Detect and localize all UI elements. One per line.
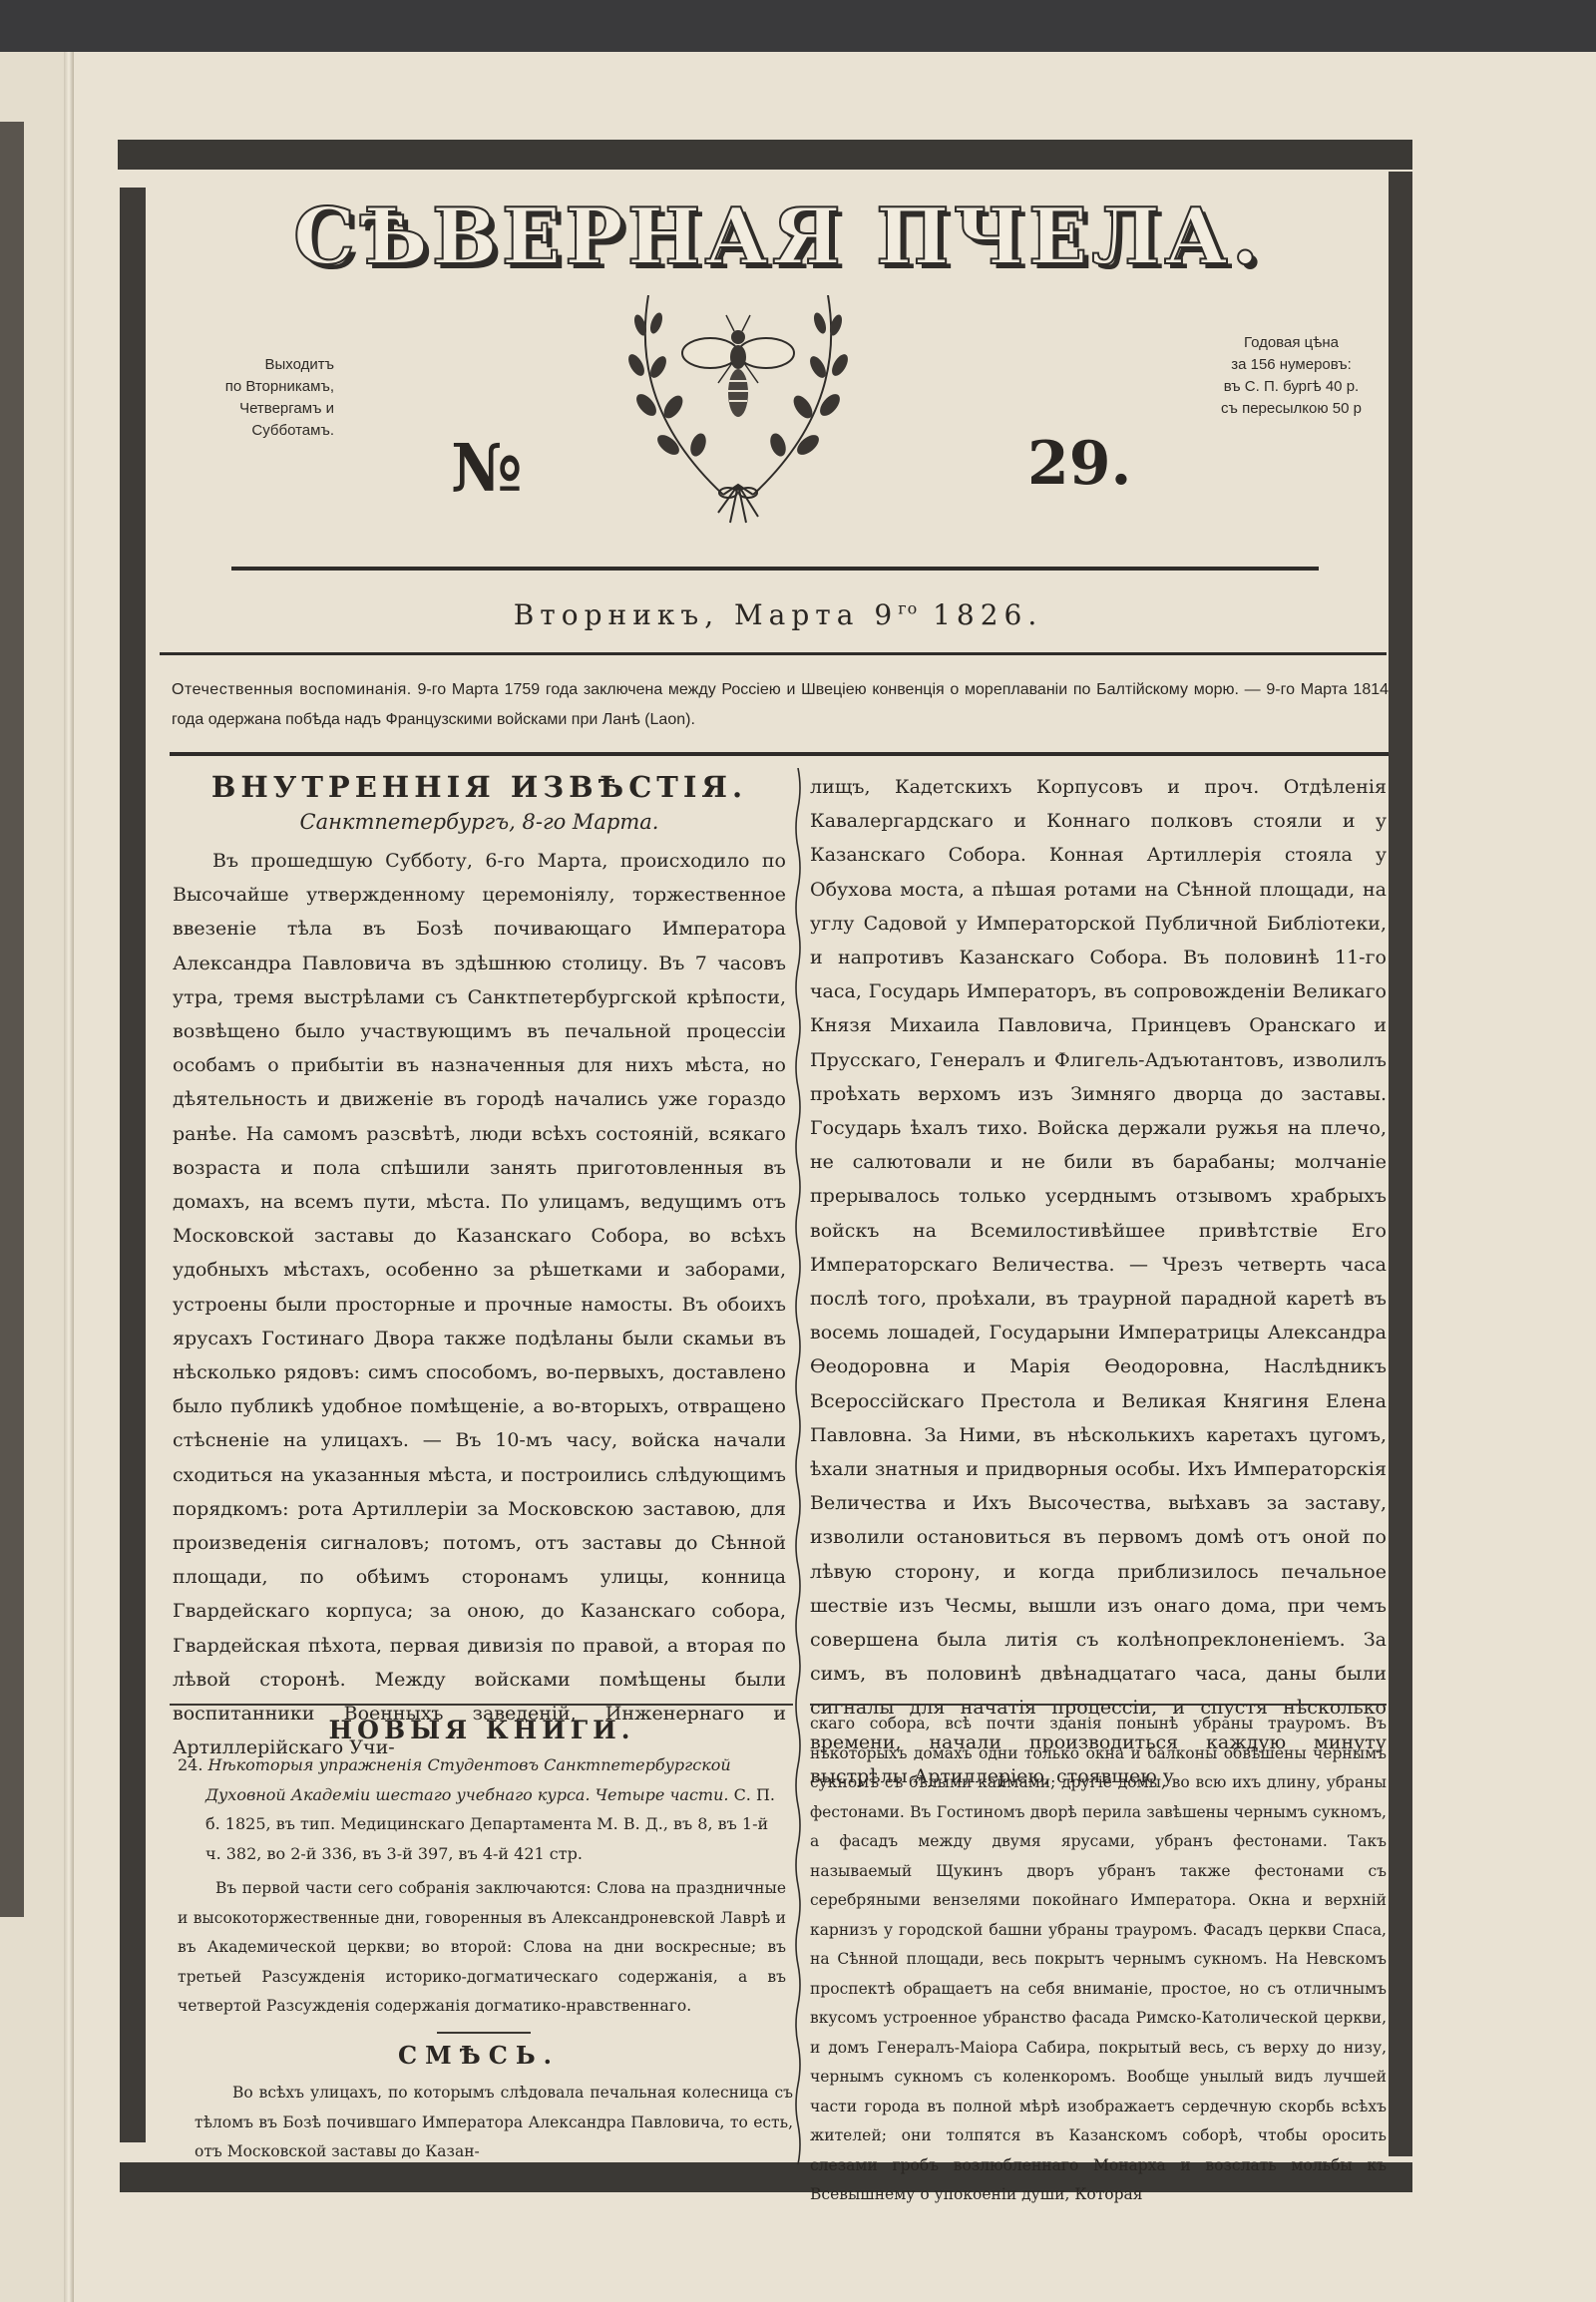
miscellany-paragraph: Во всѣхъ улицахъ, по которымъ слѣдовала … [195,2079,793,2167]
memorial-note: Отечественныя воспоминанія. 9-го Марта 1… [172,675,1389,735]
schedule-line: Выходитъ [175,354,334,376]
section-title-miscellany: СМѢСЬ. [170,2041,788,2070]
book-description-text: Въ первой части сего собранія заключаютс… [178,1874,786,2022]
schedule-line: по Вторникамъ, [175,376,334,398]
date-superscript: го [898,599,918,618]
article-paragraph: Въ прошедшую Субботу, 6-го Марта, происх… [173,844,786,1764]
news-dateline: Санктпетербургъ, 8-го Марта. [173,810,786,834]
book-entry: 24. Нѣкоторыя упражненія Студентовъ Санк… [178,1750,786,1868]
memorial-rule [170,752,1389,756]
price-note: Годовая цѣна за 156 нумеровъ: въ С. П. б… [1189,332,1394,420]
miscellany-text-right: скаго собора, всѣ почти зданія понынѣ уб… [810,1710,1387,2210]
section-title-new-books: НОВЫЯ КНИГИ. [178,1716,786,1744]
domestic-news-left-column: ВНУТРЕННІЯ ИЗВѢСТІЯ. Санктпетербургъ, 8-… [173,770,786,1764]
issue-number: 29. [1027,429,1131,499]
short-rule [437,2032,531,2034]
article-body: Въ прошедшую Субботу, 6-го Марта, происх… [173,844,786,1764]
scan-background [0,0,1596,52]
previous-page-border [0,122,24,1917]
column-divider [794,768,802,2164]
date-year: 1826. [933,598,1042,631]
new-books-section: НОВЫЯ КНИГИ. 24. Нѣкоторыя упражненія Ст… [178,1716,786,2022]
article-paragraph: лищъ, Кадетскихъ Корпусовъ и проч. Отдѣл… [810,770,1387,1793]
page-gutter [64,52,74,2302]
miscellany-text-left: Во всѣхъ улицахъ, по которымъ слѣдовала … [195,2079,793,2167]
memorial-lead: Отечественныя воспоминанія. [172,681,412,698]
mourning-border-right [1389,172,1412,2156]
schedule-line: Субботамъ. [175,420,334,442]
issue-date: Вторникъ, Марта 9го 1826. [170,598,1387,631]
schedule-line: Четвергамъ и [175,398,334,420]
masthead-rule [231,567,1319,571]
bee-wreath-icon [618,295,858,525]
section-divider [810,1704,1387,1706]
price-line: за 156 нумеровъ: [1189,354,1394,376]
number-sign: № [451,429,523,507]
domestic-news-right-column: лищъ, Кадетскихъ Корпусовъ и проч. Отдѣл… [810,770,1387,1793]
date-rule [160,652,1387,655]
price-line: съ пересылкою 50 р [1189,398,1394,420]
article-body-continued: лищъ, Кадетскихъ Корпусовъ и проч. Отдѣл… [810,770,1387,1793]
book-entry-number: 24. [178,1755,202,1774]
price-line: въ С. П. бургѣ 40 р. [1189,376,1394,398]
miscellany-paragraph-continued: скаго собора, всѣ почти зданія понынѣ уб… [810,1710,1387,2210]
book-description: Въ первой части сего собранія заключаютс… [178,1874,786,2022]
price-line: Годовая цѣна [1189,332,1394,354]
mourning-border-top [118,140,1412,170]
date-text: Вторникъ, Марта 9 [514,598,898,631]
book-entry-title: Нѣкоторыя упражненія Студентовъ Санктпет… [205,1755,731,1804]
schedule-note: Выходитъ по Вторникамъ, Четвергамъ и Суб… [175,354,334,442]
section-title-domestic-news: ВНУТРЕННІЯ ИЗВѢСТІЯ. [173,770,786,804]
newspaper-title: СѢВЕРНАЯ ПЧЕЛА. [170,192,1387,282]
section-divider [170,1704,793,1706]
mourning-border-left [120,188,146,2142]
